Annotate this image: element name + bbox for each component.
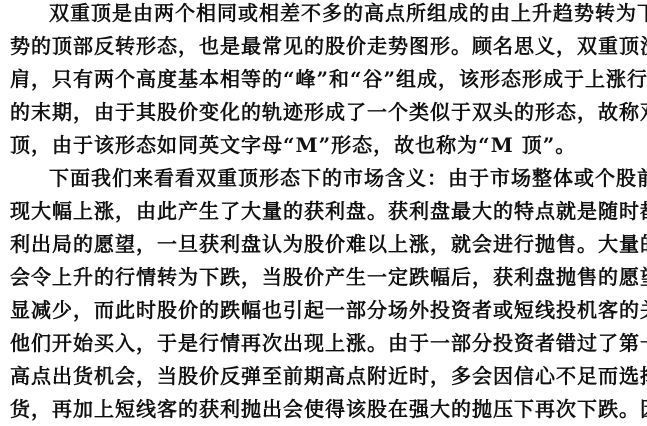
text-line: 顶，由于该形态如同英文字母“M”形态，故也称为“M 顶”。 bbox=[10, 129, 642, 162]
text-line: 现大幅上涨，由此产生了大量的获利盘。获利盘最大的特点就是随时都有获 bbox=[10, 195, 642, 228]
text-line: 双重顶是由两个相同或相差不多的高点所组成的由上升趋势转为下降趋 bbox=[49, 0, 642, 30]
document-page: 双重顶是由两个相同或相差不多的高点所组成的由上升趋势转为下降趋 势的顶部反转形态… bbox=[0, 0, 647, 426]
text-line: 势的顶部反转形态，也是最常见的股价走势图形。顾名思义，双重顶没有 bbox=[10, 30, 642, 63]
text-line: 肩，只有两个高度基本相等的“峰”和“谷”组成，该形态形成于上涨行情 bbox=[10, 63, 642, 96]
text-line: 下面我们来看看双重顶形态下的市场含义：由于市场整体或个股前期出 bbox=[49, 162, 642, 195]
text-line: 货，再加上短线客的获利抛出会使得该股在强大的抛压下再次下跌。因为个 bbox=[10, 393, 642, 426]
text-line: 利出局的愿望，一旦获利盘认为股价难以上涨，就会进行抛售。大量的抛售 bbox=[10, 228, 642, 261]
text-line: 显减少，而此时股价的跌幅也引起一部分场外投资者或短线投机客的关注， bbox=[10, 294, 642, 327]
text-line: 他们开始买入，于是行情再次出现上涨。由于一部分投资者错过了第一次的 bbox=[10, 327, 642, 360]
text-line: 的末期，由于其股价变化的轨迹形成了一个类似于双头的形态，故称双重 bbox=[10, 96, 642, 129]
text-line: 会令上升的行情转为下跌，当股价产生一定跌幅后，获利盘抛售的愿望会明 bbox=[10, 261, 642, 294]
text-line: 高点出货机会，当股价反弹至前期高点附近时，多会因信心不足而选择出 bbox=[10, 360, 642, 393]
